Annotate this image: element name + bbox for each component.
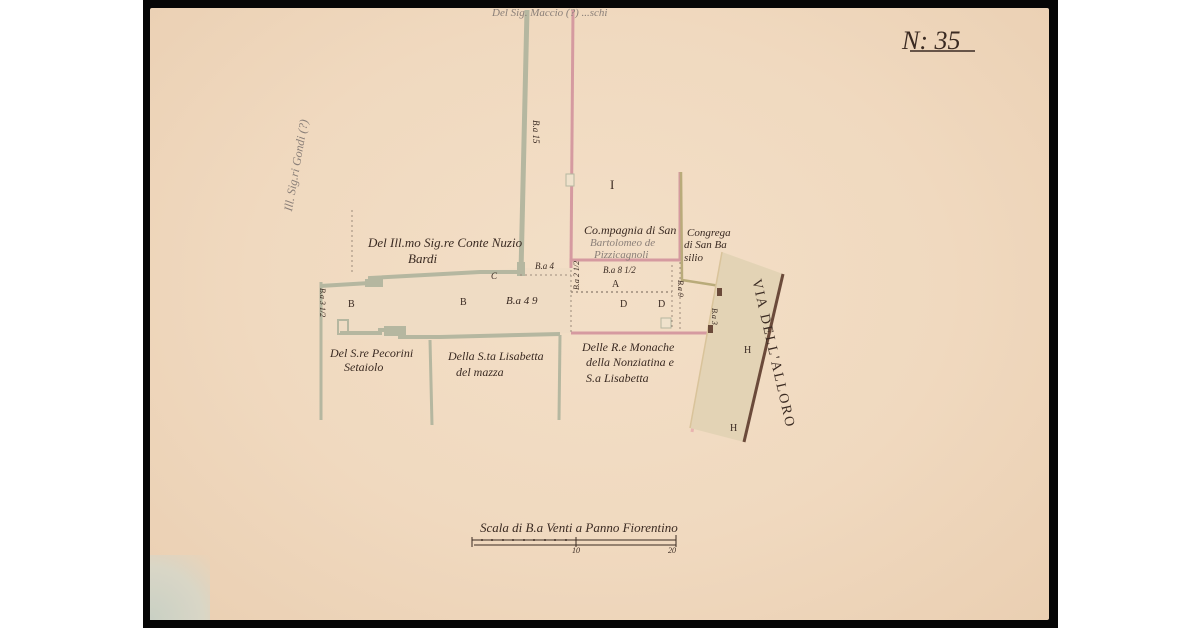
measure-main-room: B.a 4 9: [506, 296, 537, 307]
label-elisabetta-line2: del mazza: [456, 366, 504, 378]
label-pecorini-line1: Del S.re Pecorini: [330, 347, 413, 359]
main-building: [320, 262, 571, 425]
label-bardi-line2: Bardi: [408, 252, 437, 265]
sheet-number: N: 35: [902, 28, 961, 54]
label-elisabetta-line1: Della S.ta Lisabetta: [448, 350, 544, 362]
letter-d: D: [620, 300, 627, 310]
measure-left-small: B.a 3 1/2: [318, 288, 326, 317]
vertical-corridor: [521, 10, 574, 272]
letter-b-main: B: [460, 298, 467, 308]
measure-corridor: B.a 15: [531, 120, 540, 144]
label-pecorini-line2: Setaiolo: [344, 361, 383, 373]
label-bardi-line1: Del Ill.mo Sig.re Conte Nuzio: [368, 236, 522, 249]
measure-junction: B.a 4: [535, 262, 554, 271]
measure-room-a: B.a 8 1/2: [603, 266, 636, 275]
label-monache-line1: Delle R.e Monache: [582, 341, 674, 353]
scale-mid-tick: 10: [572, 547, 580, 555]
scale-title: Scala di B.a Venti a Panno Fiorentino: [480, 521, 678, 534]
label-parcel-i: I: [610, 178, 614, 191]
label-congregazione-line2: di San Ba: [684, 240, 727, 251]
letter-d-2: D: [658, 300, 665, 310]
letter-a: A: [612, 280, 619, 290]
measure-side-1: B.a 2 1/2: [573, 261, 581, 290]
label-compagnia-line3: Pizzicagnoli: [594, 250, 648, 261]
letter-b: B: [348, 300, 355, 310]
label-monache-line3: S.a Lisabetta: [586, 372, 649, 384]
measure-side-2: B.a 9: [676, 280, 684, 297]
label-compagnia-line2: Bartolomeo de: [590, 238, 655, 249]
label-monache-line2: della Nonziatina e: [586, 356, 674, 368]
label-top-neighbour: Del Sig. Maccio (?) ...schi: [492, 8, 607, 19]
label-compagnia-line1: Co.mpagnia di San: [584, 224, 676, 236]
street-mark-bottom: H: [730, 424, 737, 434]
label-congregazione-line3: silio: [684, 253, 703, 264]
street-mark-top: H: [744, 346, 751, 356]
measure-side-3: B.a 3: [710, 308, 718, 325]
letter-c: C: [491, 272, 497, 281]
label-congregazione-line1: Congrega: [687, 228, 731, 239]
scale-end-tick: 20: [668, 547, 676, 555]
